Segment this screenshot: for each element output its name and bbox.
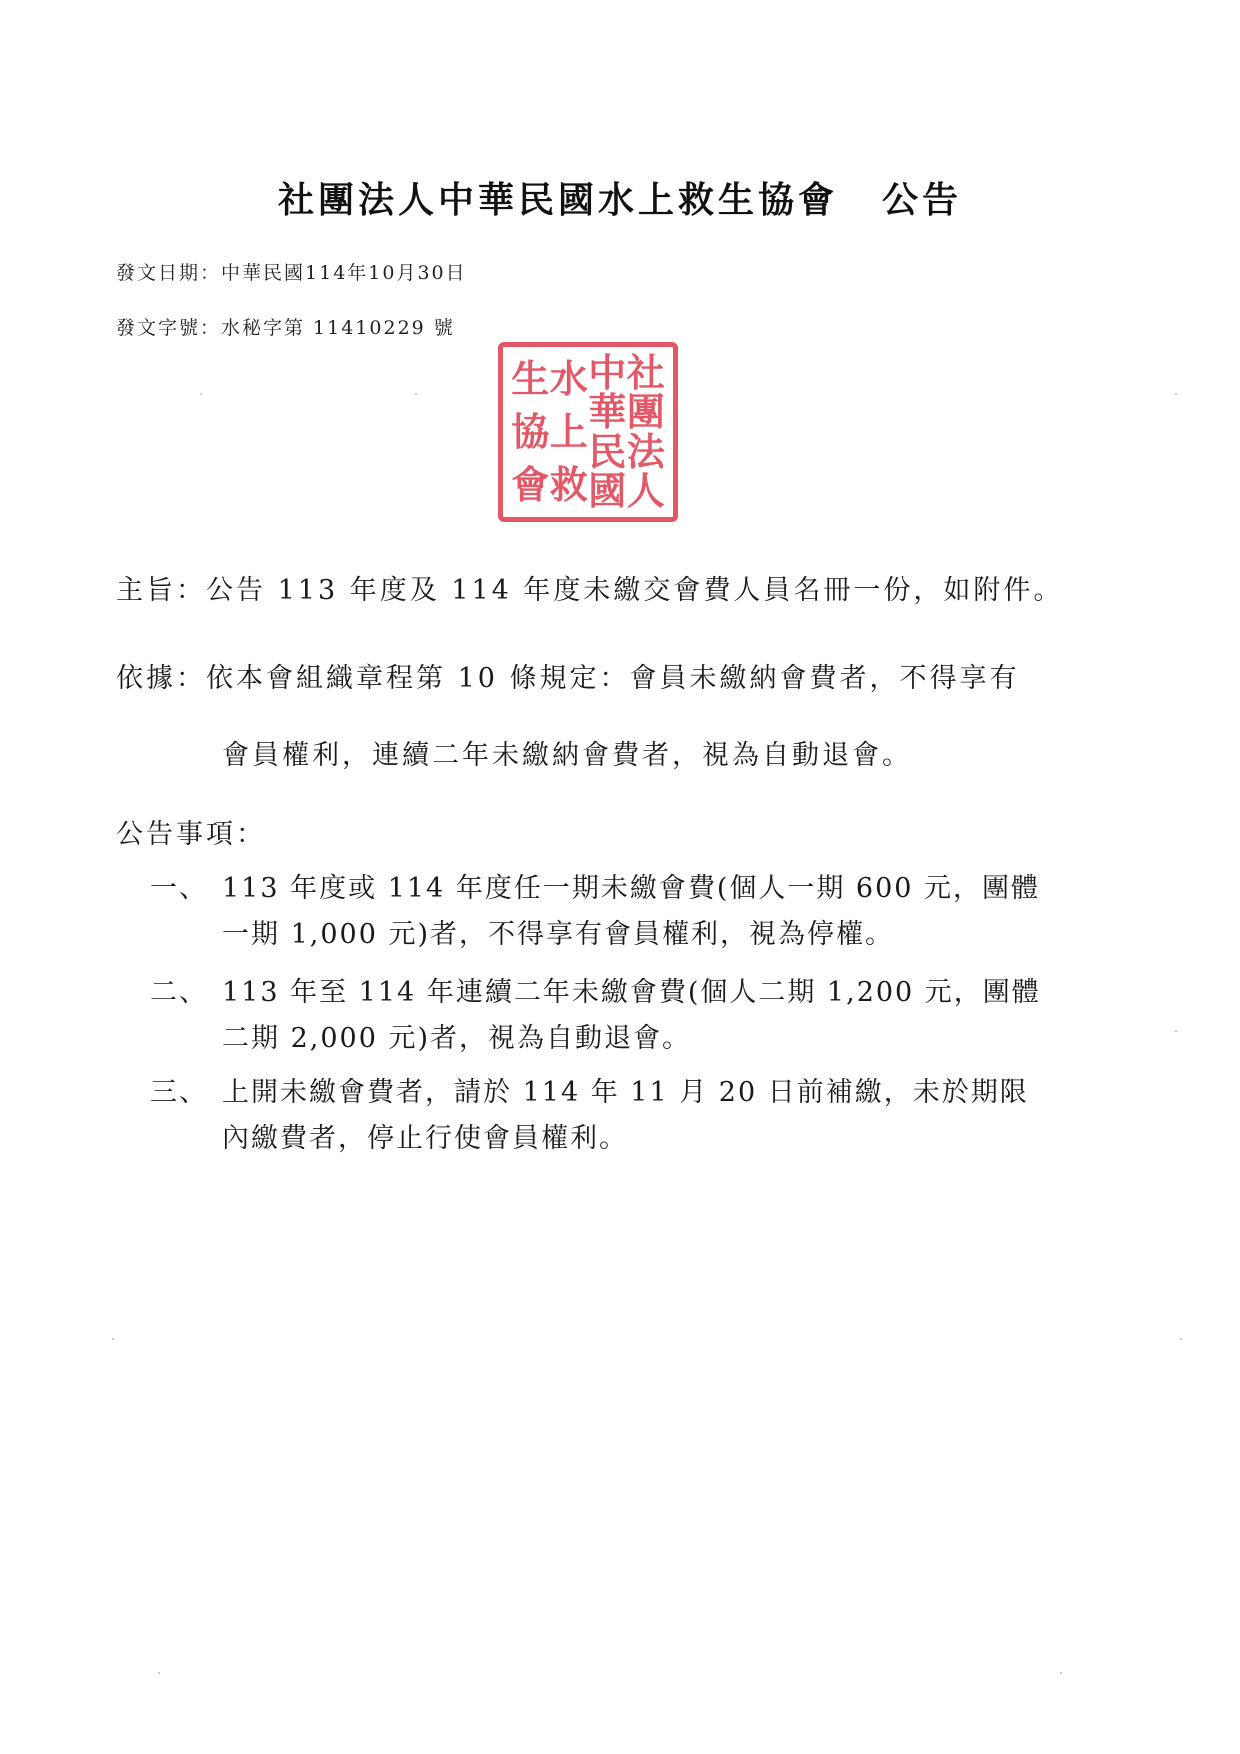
seal-char: 民	[588, 433, 626, 471]
scan-speck	[112, 1338, 114, 1340]
seal-char: 團	[627, 393, 665, 431]
notice-item-line: 113 年至 114 年連續二年未繳會費(個人二期 1,200 元，團體	[222, 970, 1041, 1009]
scan-speck	[415, 393, 417, 395]
notice-item-line: 內繳費者，停止行使會員權利。	[222, 1116, 628, 1155]
document-number-label: 發文字號：	[116, 317, 221, 339]
title-type: 公告	[882, 179, 962, 221]
issue-date-label: 發文日期：	[116, 262, 221, 284]
issue-date-value: 中華民國114年10月30日	[221, 262, 467, 284]
seal-char: 社	[627, 354, 665, 392]
notice-item-line: 上開未繳會費者，請於 114 年 11 月 20 日前補繳，未於期限	[222, 1070, 1029, 1109]
notice-item-line: 113 年度或 114 年度任一期未繳會費(個人一期 600 元，團體	[222, 866, 1040, 905]
subject-text: 公告 113 年度及 114 年度未繳交會費人員名冊一份，如附件。	[206, 575, 1063, 606]
notice-item-line: 二期 2,000 元)者，視為自動退會。	[222, 1016, 691, 1055]
seal-char: 救	[550, 466, 588, 504]
seal-char: 水	[550, 360, 588, 398]
document-number: 發文字號：水秘字第 11410229 號	[116, 313, 455, 340]
scan-speck	[1180, 1338, 1182, 1340]
seal-char: 上	[550, 413, 588, 451]
scan-speck	[200, 393, 202, 395]
seal-char: 華	[588, 393, 626, 431]
basis-paragraph-continued: 會員權利，連續二年未繳納會費者，視為自動退會。	[222, 733, 912, 772]
seal-char: 協	[511, 413, 549, 451]
issue-date: 發文日期：中華民國114年10月30日	[116, 258, 467, 285]
seal-char: 國	[588, 472, 626, 510]
scan-speck	[1175, 393, 1177, 395]
official-seal-stamp: 社 團 法 人 中 華 民 國 水 上 救 生 協 會	[498, 342, 678, 522]
seal-column: 水 上 救	[550, 353, 589, 511]
document-number-value: 水秘字第 11410229 號	[221, 317, 455, 339]
notice-item-number: 一、	[150, 866, 222, 905]
scan-speck	[158, 1672, 160, 1674]
notice-item-number: 三、	[150, 1070, 222, 1109]
basis-label: 依據：	[116, 663, 206, 694]
subject-paragraph: 主旨：公告 113 年度及 114 年度未繳交會費人員名冊一份，如附件。	[116, 568, 1063, 607]
notice-item-number: 二、	[150, 970, 222, 1009]
scan-speck	[1060, 1672, 1062, 1674]
title-organization: 社團法人中華民國水上救生協會	[278, 179, 838, 221]
seal-column: 生 協 會	[511, 353, 550, 511]
seal-char: 法	[627, 433, 665, 471]
subject-label: 主旨：	[116, 575, 206, 606]
seal-char: 中	[588, 354, 626, 392]
basis-paragraph: 依據：依本會組織章程第 10 條規定：會員未繳納會費者，不得享有	[116, 656, 1020, 695]
page-title: 社團法人中華民國水上救生協會公告	[0, 172, 1240, 223]
seal-column: 社 團 法 人	[627, 353, 666, 511]
seal-char: 生	[511, 360, 549, 398]
seal-char: 人	[627, 472, 665, 510]
document-page: 社團法人中華民國水上救生協會公告 發文日期：中華民國114年10月30日 發文字…	[0, 0, 1240, 1754]
scan-speck	[1175, 1030, 1177, 1032]
notice-item-line: 一期 1,000 元)者，不得享有會員權利，視為停權。	[222, 912, 894, 951]
notice-heading: 公告事項：	[116, 812, 266, 851]
seal-column: 中 華 民 國	[588, 353, 627, 511]
seal-char: 會	[511, 466, 549, 504]
basis-text: 依本會組織章程第 10 條規定：會員未繳納會費者，不得享有	[206, 663, 1020, 694]
